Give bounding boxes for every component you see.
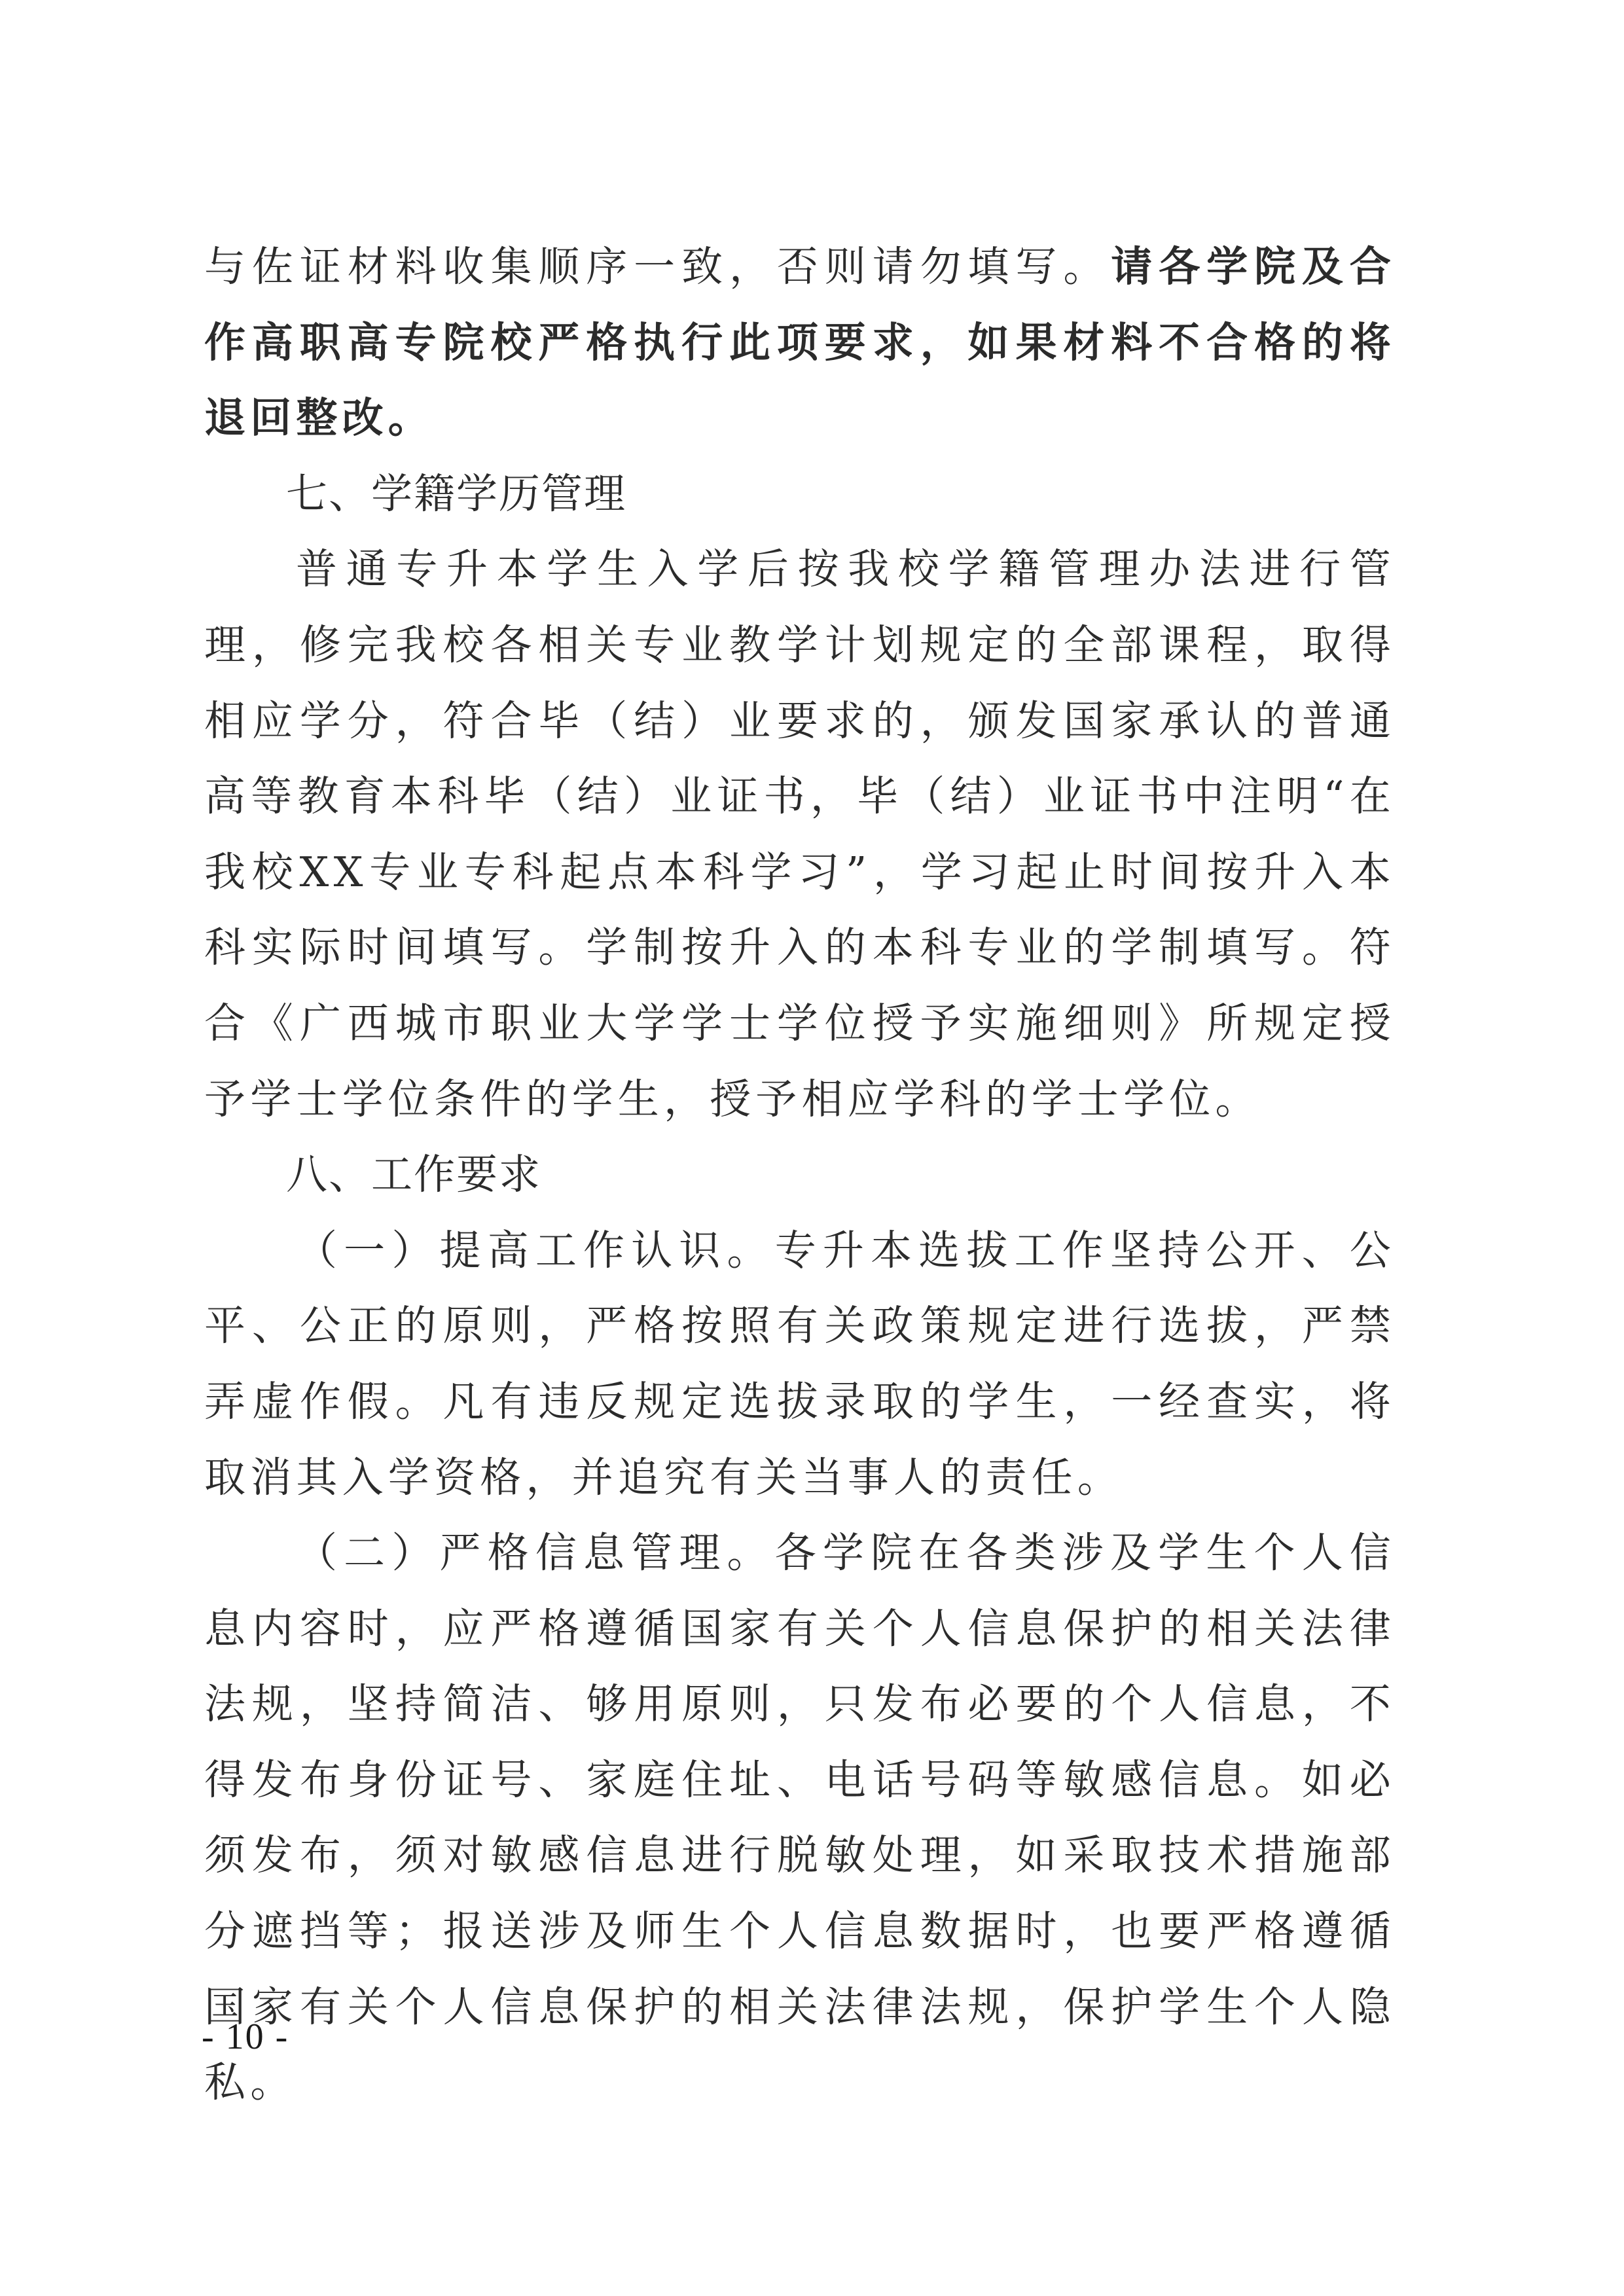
- section-7-paragraph: 普通专升本学生入学后按我校学籍管理办法进行管理，修完我校各相关专业教学计划规定的…: [204, 531, 1396, 1137]
- section-heading-7: 七、学籍学历管理: [204, 456, 1396, 532]
- page-number: - 10 -: [202, 2016, 289, 2058]
- section-heading-8: 八、工作要求: [204, 1137, 1396, 1213]
- section-8-paragraph-2: （二）严格信息管理。各学院在各类涉及学生个人信息内容时，应严格遵循国家有关个人信…: [204, 1515, 1396, 2121]
- document-page: 与佐证材料收集顺序一致，否则请勿填写。请各学院及合作高职高专院校严格执行此项要求…: [204, 229, 1396, 2121]
- continuation-paragraph: 与佐证材料收集顺序一致，否则请勿填写。请各学院及合作高职高专院校严格执行此项要求…: [204, 229, 1396, 456]
- continuation-normal-text: 与佐证材料收集顺序一致，否则请勿填写。: [204, 243, 1111, 291]
- section-8-paragraph-1: （一）提高工作认识。专升本选拔工作坚持公开、公平、公正的原则，严格按照有关政策规…: [204, 1213, 1396, 1515]
